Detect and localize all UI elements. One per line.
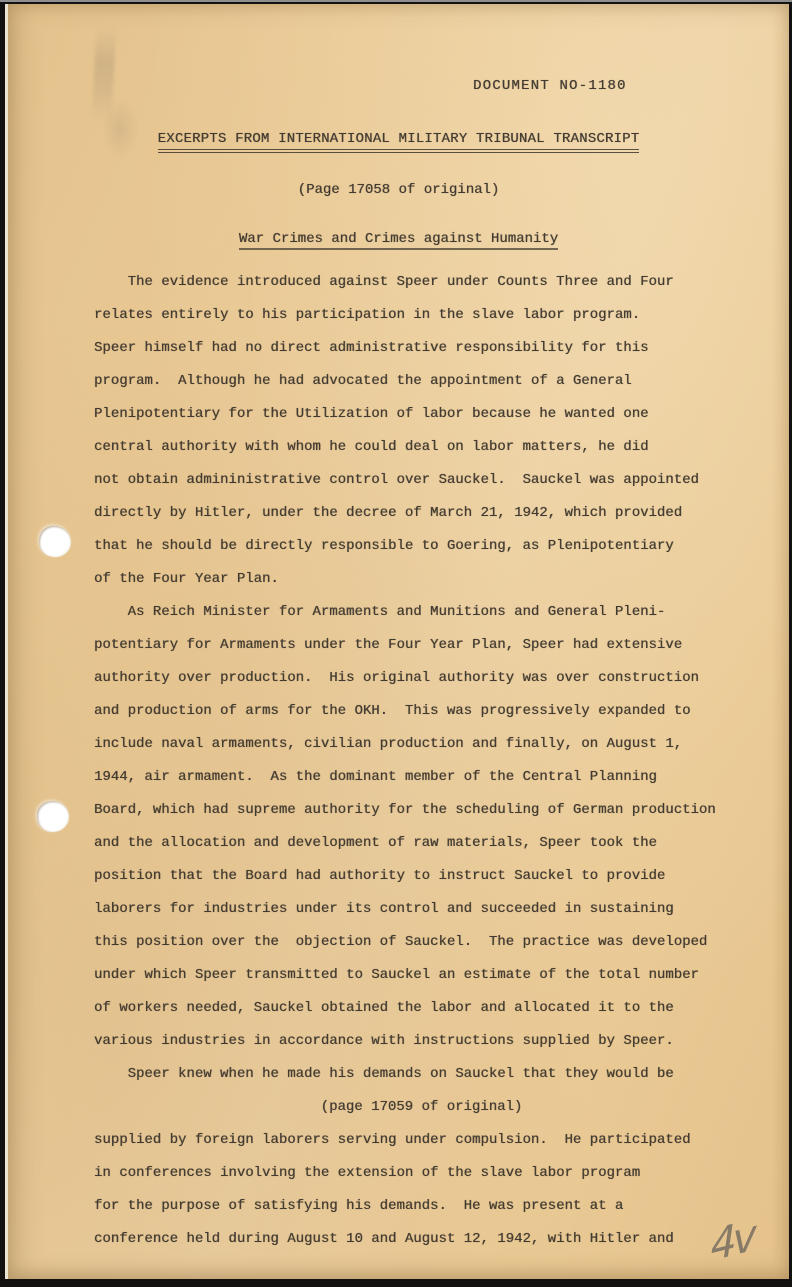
text-line: Plenipotentiary for the Utilization of l… bbox=[94, 398, 749, 431]
text-line: Board, which had supreme authority for t… bbox=[94, 794, 749, 827]
text-line: under which Speer transmitted to Sauckel… bbox=[94, 959, 749, 992]
document-title: EXCERPTS FROM INTERNATIONAL MILITARY TRI… bbox=[158, 131, 640, 153]
text-line: various industries in accordance with in… bbox=[94, 1025, 749, 1058]
handwritten-mark: 4v bbox=[710, 1210, 754, 1271]
paragraph-3-continued: supplied by foreign laborers serving und… bbox=[94, 1124, 749, 1256]
text-line: As Reich Minister for Armaments and Muni… bbox=[94, 596, 749, 629]
text-line: not obtain admininistrative control over… bbox=[94, 464, 749, 497]
document-number: DOCUMENT NO-1180 bbox=[473, 78, 627, 94]
text-line: laborers for industries under its contro… bbox=[94, 893, 749, 926]
text-line: of the Four Year Plan. bbox=[94, 563, 749, 596]
text-line: Speer himself had no direct administrati… bbox=[94, 332, 749, 365]
text-line: in conferences involving the extension o… bbox=[94, 1157, 749, 1190]
text-line: The evidence introduced against Speer un… bbox=[94, 266, 749, 299]
text-line: include naval armaments, civilian produc… bbox=[94, 728, 749, 761]
punch-hole-bottom bbox=[36, 800, 71, 834]
document-title-row: EXCERPTS FROM INTERNATIONAL MILITARY TRI… bbox=[8, 129, 789, 147]
page-ref-2: (page 17059 of original) bbox=[94, 1091, 749, 1124]
text-line: this position over the objection of Sauc… bbox=[94, 926, 749, 959]
scanned-document-page: { "doc": { "document_number": "DOCUMENT … bbox=[0, 0, 792, 1287]
body-text: The evidence introduced against Speer un… bbox=[94, 266, 749, 1256]
text-line: supplied by foreign laborers serving und… bbox=[94, 1124, 749, 1157]
text-line: of workers needed, Sauckel obtained the … bbox=[94, 992, 749, 1025]
paragraph-2: As Reich Minister for Armaments and Muni… bbox=[94, 596, 749, 1058]
section-heading-row: War Crimes and Crimes against Humanity bbox=[8, 229, 789, 247]
text-line: and the allocation and development of ra… bbox=[94, 827, 749, 860]
text-line: and production of arms for the OKH. This… bbox=[94, 695, 749, 728]
page-ref-1: (Page 17058 of original) bbox=[8, 182, 789, 198]
text-line: program. Although he had advocated the a… bbox=[94, 365, 749, 398]
paper-sheet: DOCUMENT NO-1180 EXCERPTS FROM INTERNATI… bbox=[5, 4, 789, 1279]
text-line: directly by Hitler, under the decree of … bbox=[94, 497, 749, 530]
text-line: position that the Board had authority to… bbox=[94, 860, 749, 893]
punch-hole-top bbox=[37, 524, 73, 559]
section-heading: War Crimes and Crimes against Humanity bbox=[239, 231, 558, 250]
text-line: that he should be directly responsible t… bbox=[94, 530, 749, 563]
paragraph-1: The evidence introduced against Speer un… bbox=[94, 266, 749, 596]
text-line: authority over production. His original … bbox=[94, 662, 749, 695]
text-line: Speer knew when he made his demands on S… bbox=[94, 1058, 749, 1091]
text-line: relates entirely to his participation in… bbox=[94, 299, 749, 332]
text-line: potentiary for Armaments under the Four … bbox=[94, 629, 749, 662]
text-line: for the purpose of satisfying his demand… bbox=[94, 1190, 749, 1223]
text-line: central authority with whom he could dea… bbox=[94, 431, 749, 464]
text-line: 1944, air armament. As the dominant memb… bbox=[94, 761, 749, 794]
text-line: conference held during August 10 and Aug… bbox=[94, 1223, 749, 1256]
paragraph-3-start: Speer knew when he made his demands on S… bbox=[94, 1058, 749, 1091]
